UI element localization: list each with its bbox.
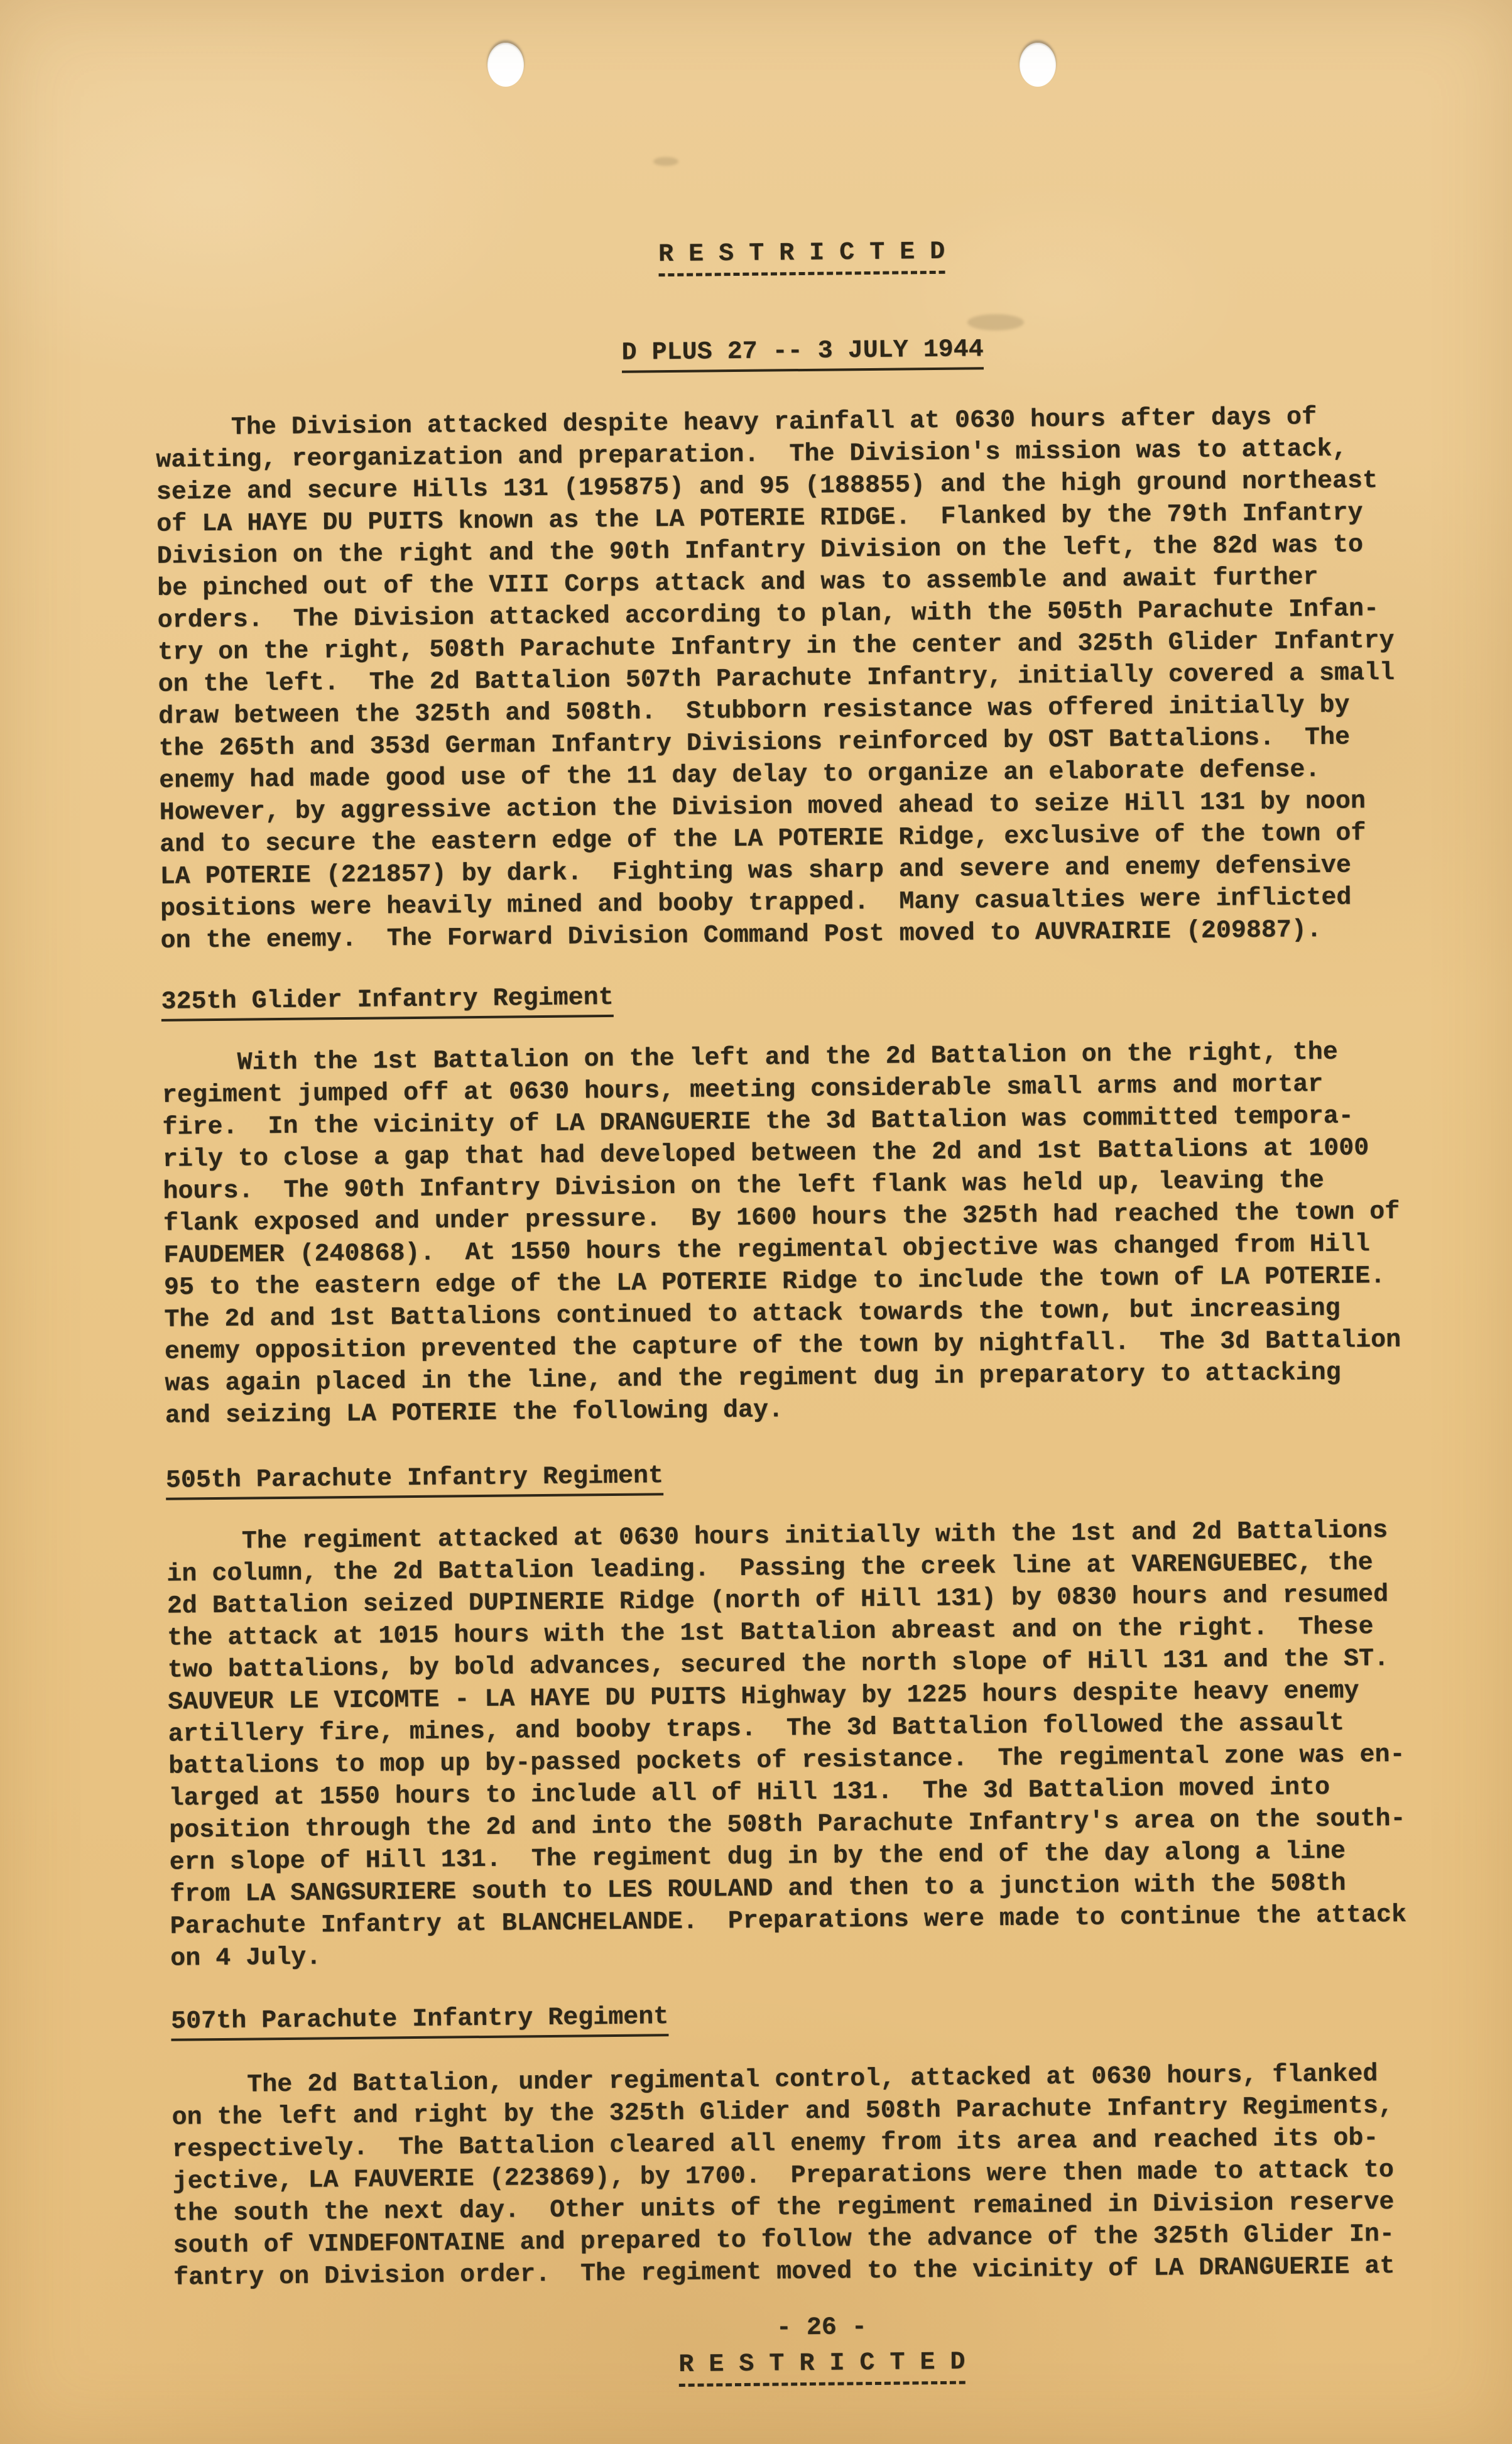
- pencil-smudge: [653, 157, 678, 166]
- section-heading-507th-text: 507th Parachute Infantry Regiment: [171, 2001, 669, 2041]
- punch-hole: [487, 43, 524, 87]
- section-paragraph-505th: The regiment attacked at 0630 hours init…: [166, 1514, 1466, 1975]
- classification-header: R E S T R I C T E D: [154, 231, 1449, 281]
- punch-hole: [1020, 43, 1056, 87]
- document-page: R E S T R I C T E D D PLUS 27 -- 3 JULY …: [0, 0, 1512, 2444]
- section-heading-325th: 325th Glider Infantry Regiment: [161, 974, 1456, 1022]
- document-content: R E S T R I C T E D D PLUS 27 -- 3 JULY …: [154, 231, 1470, 2392]
- section-heading-325th-text: 325th Glider Infantry Regiment: [161, 982, 614, 1022]
- classification-footer: R E S T R I C T E D: [174, 2342, 1469, 2392]
- section-paragraph-325th: With the 1st Battalion on the left and t…: [161, 1035, 1460, 1432]
- section-heading-505th-text: 505th Parachute Infantry Regiment: [166, 1460, 664, 1500]
- section-paragraph-507th: The 2d Battalion, under regimental contr…: [171, 2058, 1469, 2294]
- page-title-text: D PLUS 27 -- 3 JULY 1944: [621, 334, 984, 373]
- classification-header-text: R E S T R I C T E D: [658, 236, 945, 276]
- section-heading-507th: 507th Parachute Infantry Regiment: [171, 1994, 1466, 2041]
- intro-paragraph: The Division attacked despite heavy rain…: [156, 400, 1456, 957]
- page-title: D PLUS 27 -- 3 JULY 1944: [155, 329, 1450, 378]
- section-heading-505th: 505th Parachute Infantry Regiment: [166, 1453, 1461, 1500]
- classification-footer-text: R E S T R I C T E D: [678, 2347, 965, 2387]
